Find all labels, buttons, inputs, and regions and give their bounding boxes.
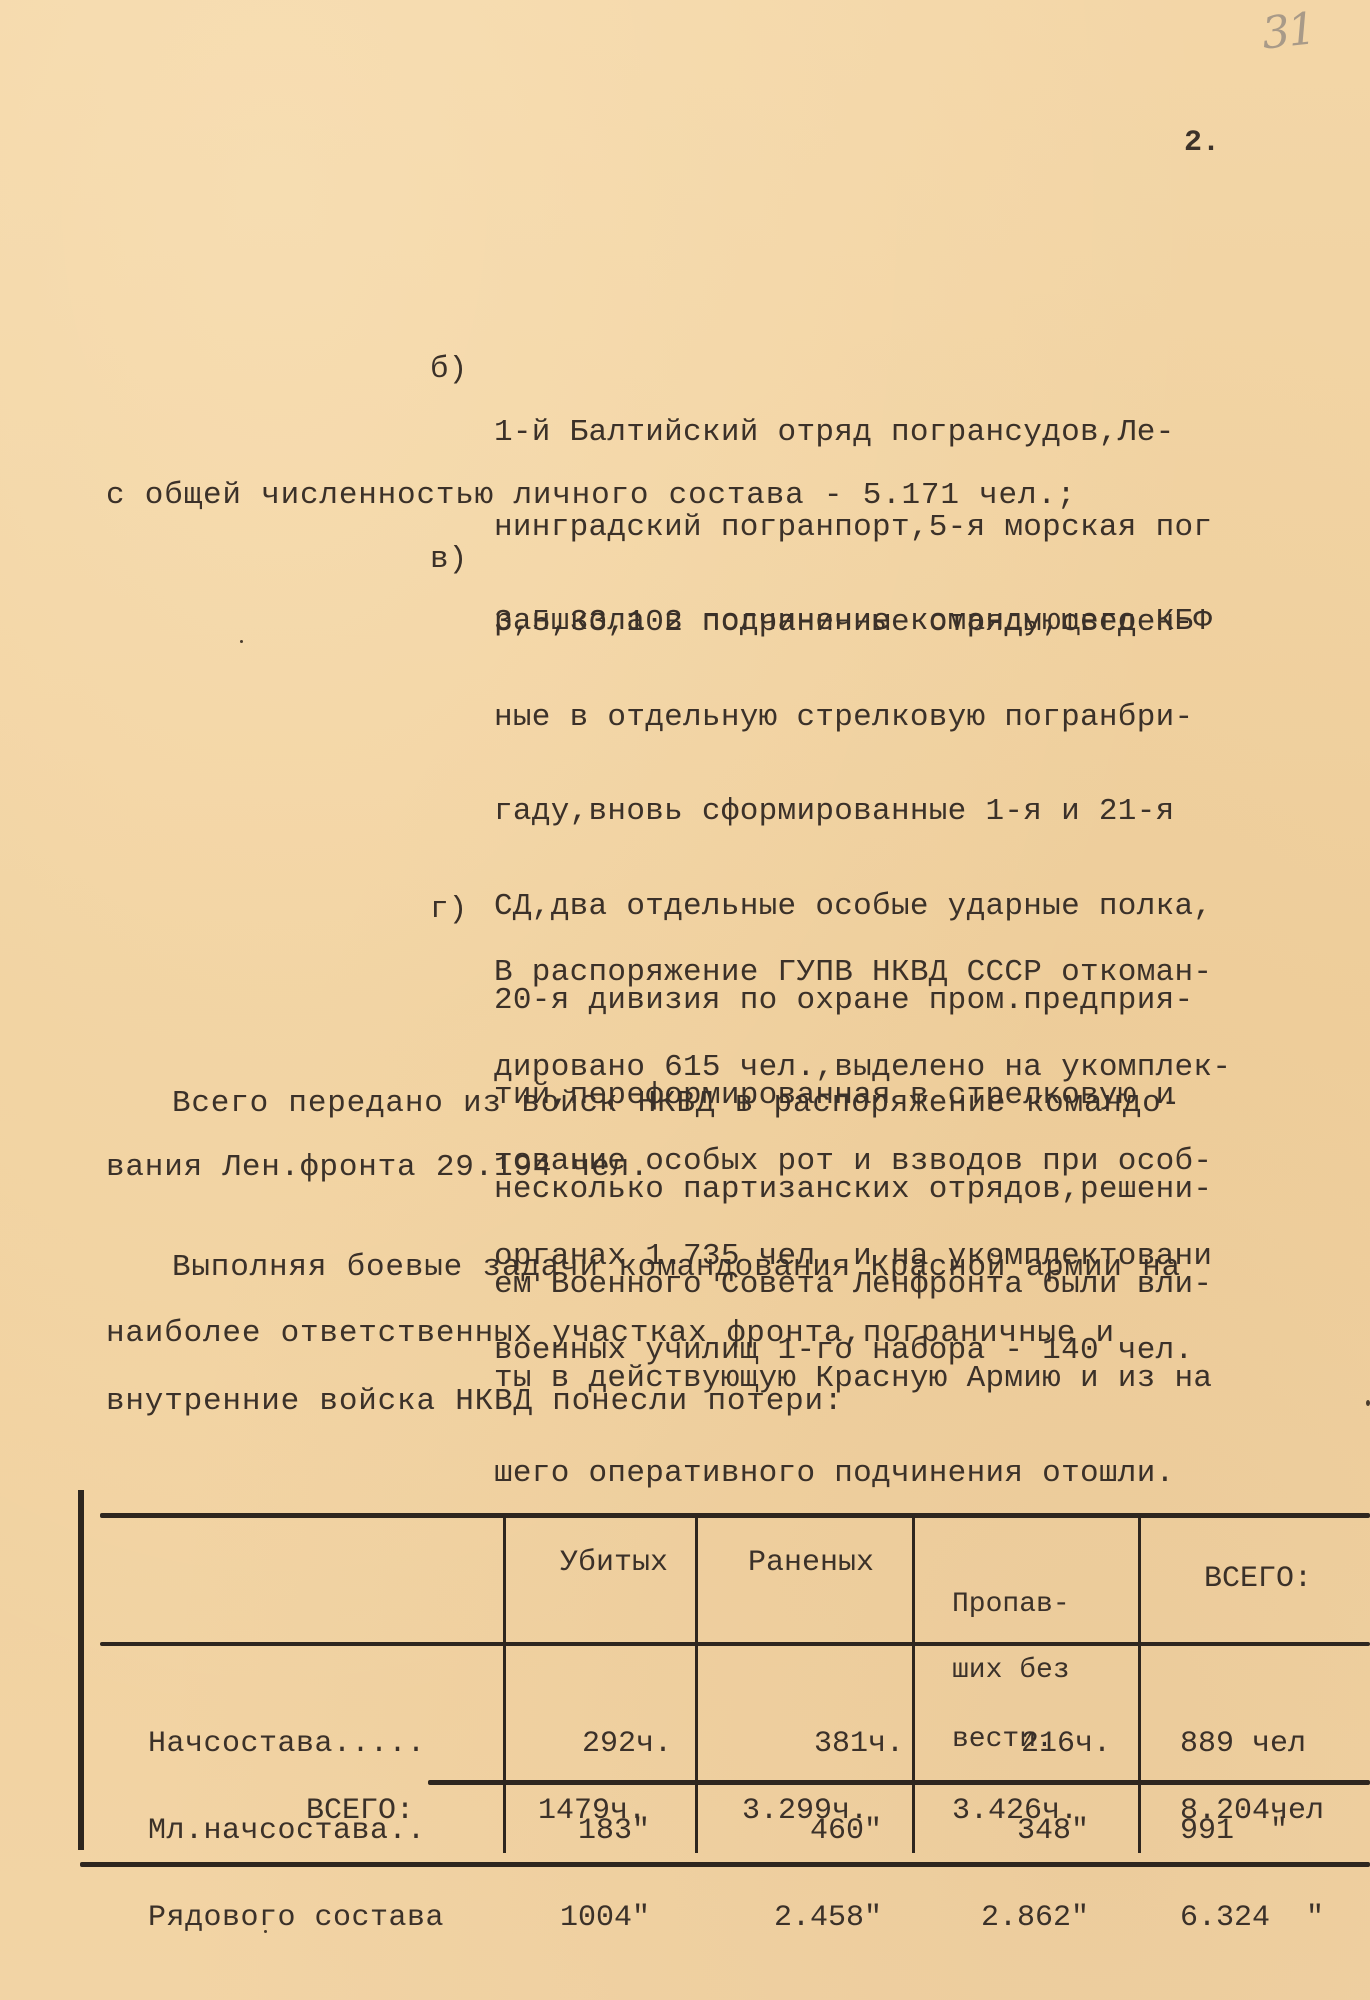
item-v-line: ные в отдельную стрелковую погранбри-	[494, 702, 1212, 734]
item-b-line: нинградский погранпорт,5-я морская пог	[494, 512, 1212, 544]
total-transferred-line1: Всего передано из войск НКВД в распоряже…	[172, 1086, 1181, 1121]
item-g-marker: г)	[430, 894, 467, 925]
losses-intro-line2: наиболее ответственных участках фронта,п…	[106, 1316, 1115, 1351]
item-v-line: шего оперативного подчинения отошли.	[494, 1458, 1212, 1490]
paper-speck	[1366, 1400, 1370, 1406]
summary-b: с общей численностью личного состава - 5…	[106, 478, 1076, 513]
total-transferred-line2: вания Лен.фронта 29.194 чел.	[106, 1150, 649, 1185]
paper-speck	[264, 1930, 267, 1933]
item-v-line: 3,5,33,102 пограничные отряды,сведен-	[494, 607, 1212, 639]
page-number: 2.	[1184, 126, 1220, 160]
losses-intro-line3: внутренние войска НКВД понесли потери:	[106, 1384, 843, 1419]
archive-stamp: 31	[1259, 3, 1316, 59]
item-v-line: гаду,вновь сформированные 1-я и 21-я	[494, 796, 1212, 828]
item-b-marker: б)	[430, 354, 467, 385]
item-g-line: В распоряжение ГУПВ НКВД СССР откоман-	[494, 957, 1231, 989]
item-v-marker: в)	[430, 544, 467, 575]
paper-speck	[240, 640, 243, 643]
losses-intro-line1: Выполняя боевые задачи командования Крас…	[172, 1250, 1181, 1285]
item-b-line: 1-й Балтийский отряд погрансудов,Ле-	[494, 417, 1212, 449]
item-g-line: дировано 615 чел.,выделено на укомплек-	[494, 1052, 1231, 1084]
